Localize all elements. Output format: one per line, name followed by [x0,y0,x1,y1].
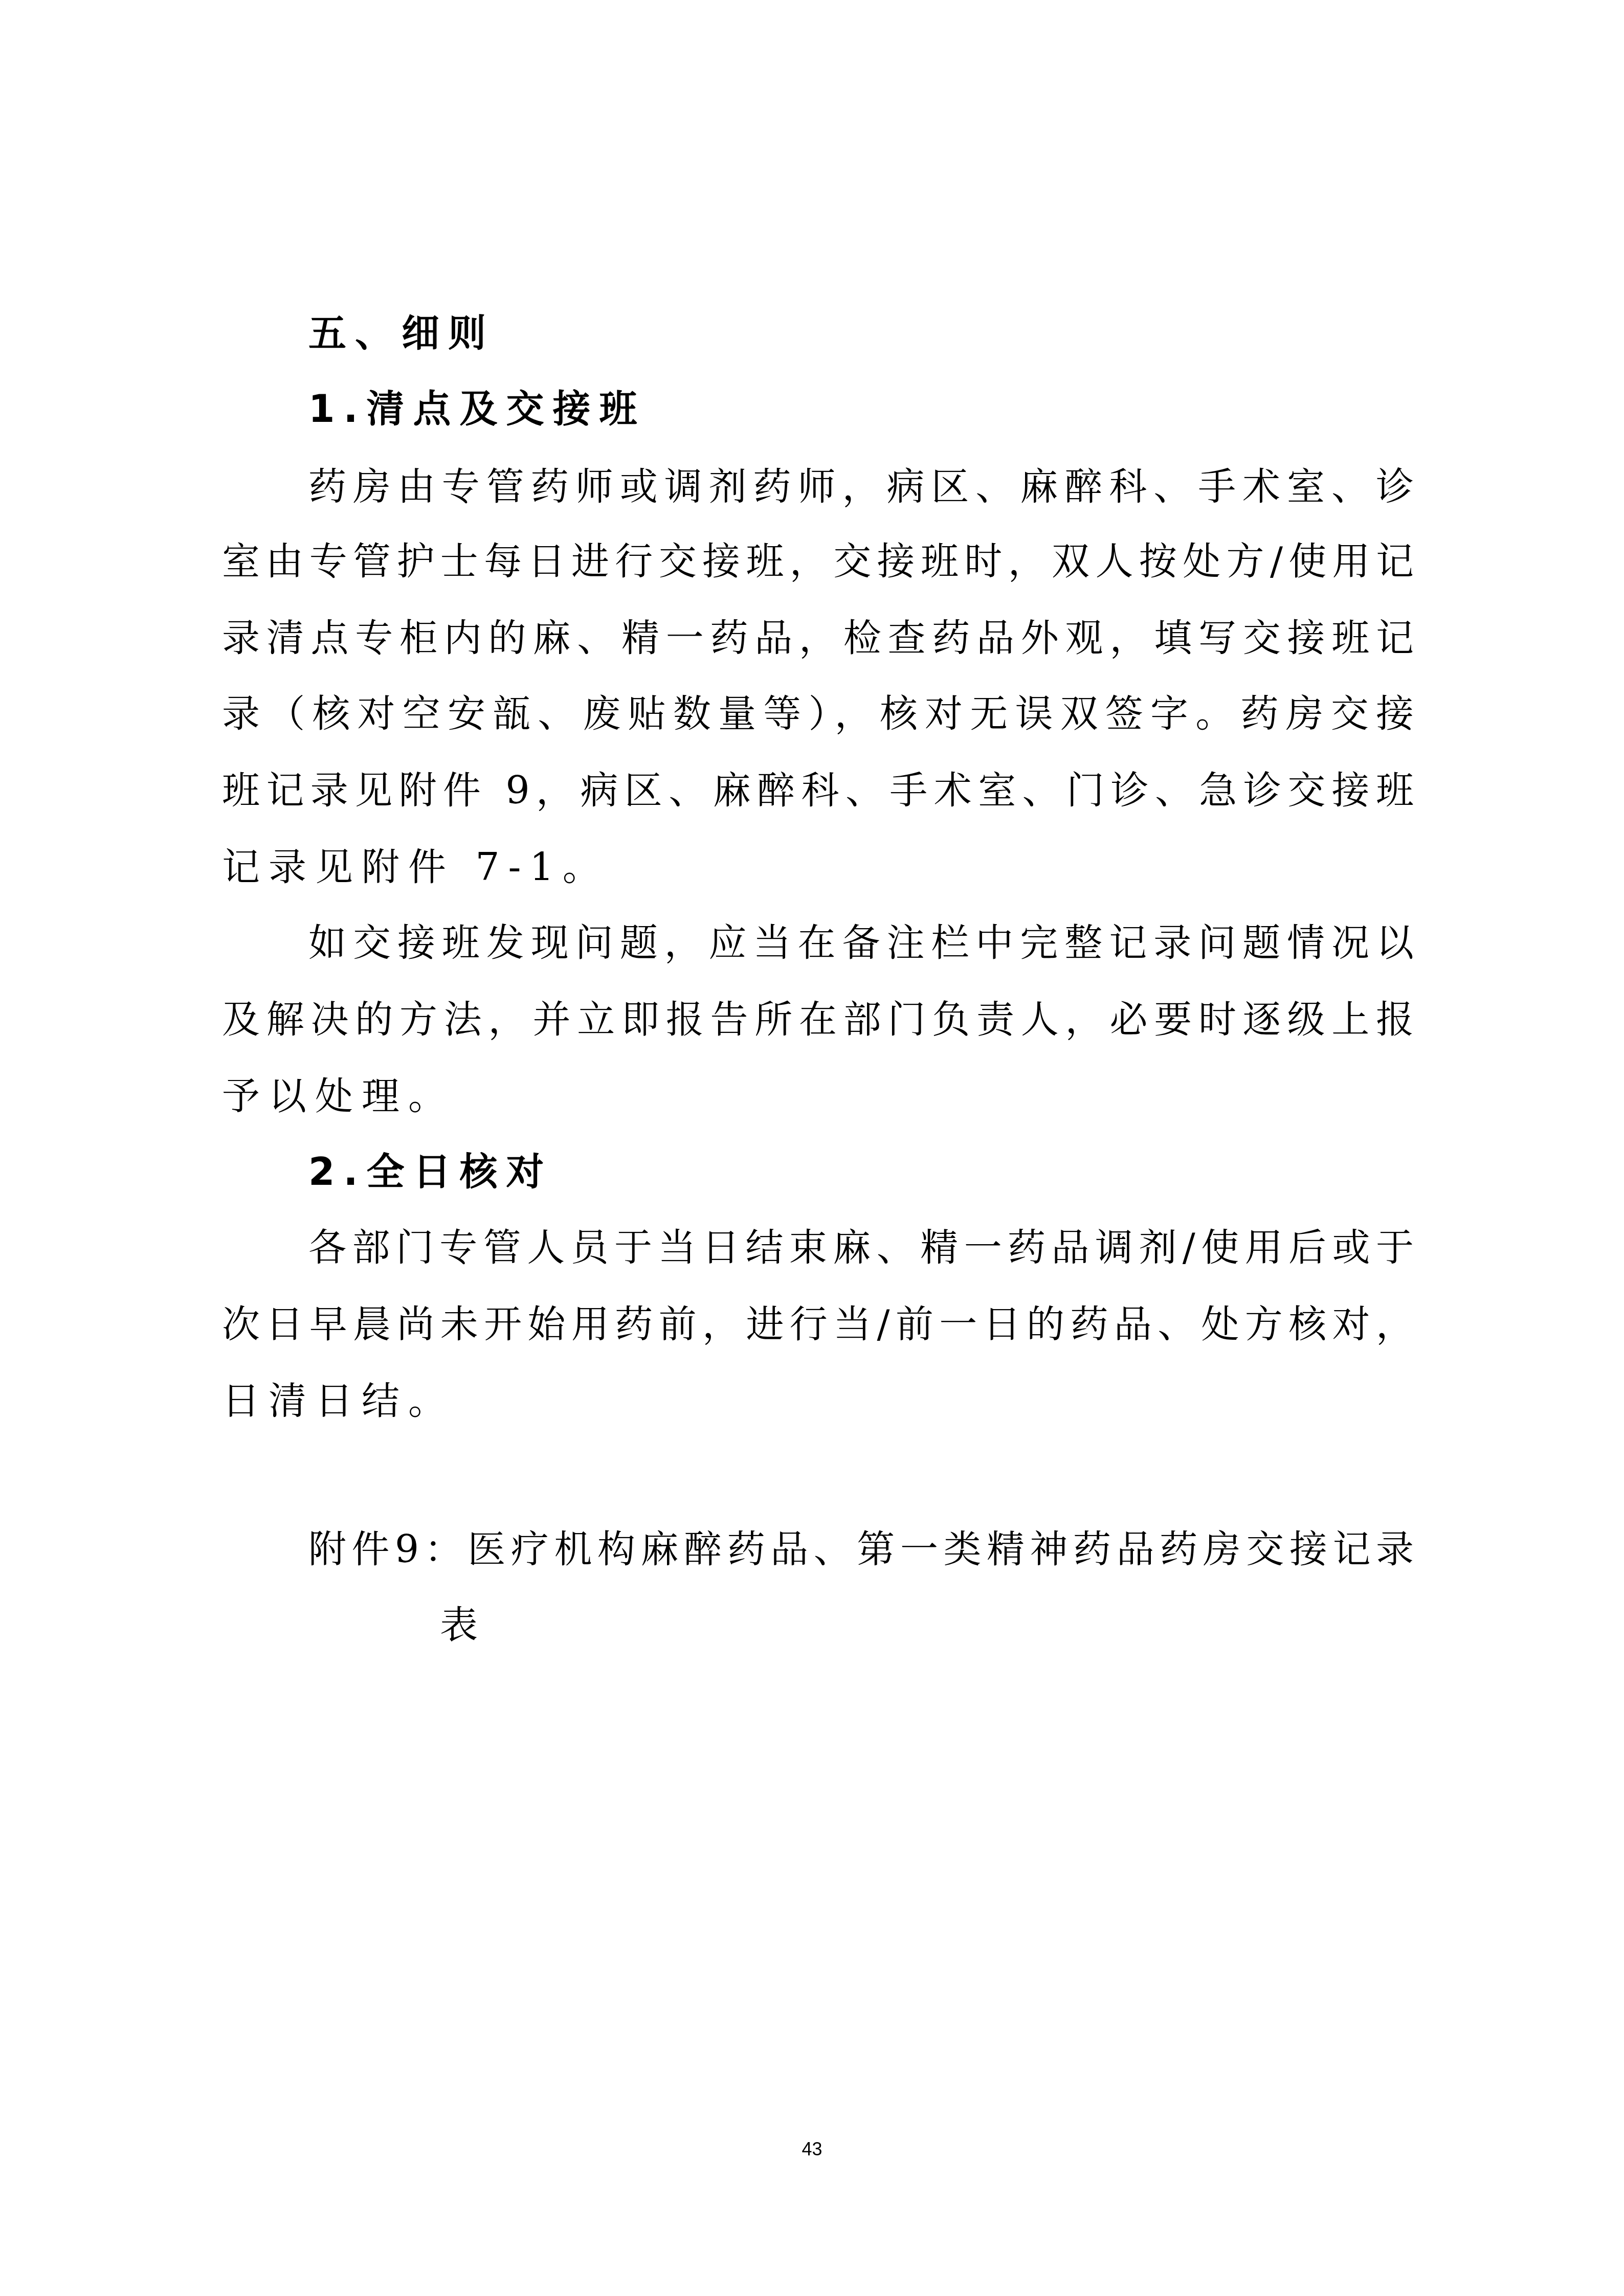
paragraph-line: 录清点专柜内的麻、精一药品，检查药品外观，填写交接班记 [222,618,1414,659]
section-heading: 五、细则 [308,313,1414,354]
paragraph-line: 班记录见附件 9，病区、麻醉科、手术室、门诊、急诊交接班 [222,770,1414,811]
attachment-reference-continued: 表 [440,1605,1624,1646]
paragraph-line: 记录见附件 7-1。 [222,847,1414,888]
paragraph-line: 次日早晨尚未开始用药前，进行当/前一日的药品、处方核对， [222,1304,1414,1345]
paragraph-line: 予以处理。 [222,1076,1414,1117]
paragraph-line: 室由专管护士每日进行交接班，交接班时，双人按处方/使用记 [222,541,1414,582]
paragraph-line: 药房由专管药师或调剂药师，病区、麻醉科、手术室、诊 [308,466,1414,507]
attachment-reference: 附件9：医疗机构麻醉药品、第一类精神药品药房交接记录 [308,1529,1414,1570]
paragraph-line: 及解决的方法，并立即报告所在部门负责人，必要时逐级上报 [222,999,1414,1040]
subsection-title-2: 2.全日核对 [308,1152,1414,1192]
paragraph-line: 录（核对空安瓿、废贴数量等），核对无误双签字。药房交接 [222,693,1414,734]
subsection-title-1: 1.清点及交接班 [308,389,1414,430]
page-number: 43 [0,2139,1624,2160]
paragraph-line: 日清日结。 [222,1381,1414,1422]
paragraph-line: 如交接班发现问题，应当在备注栏中完整记录问题情况以 [308,922,1414,963]
paragraph-line: 各部门专管人员于当日结束麻、精一药品调剂/使用后或于 [308,1227,1414,1268]
